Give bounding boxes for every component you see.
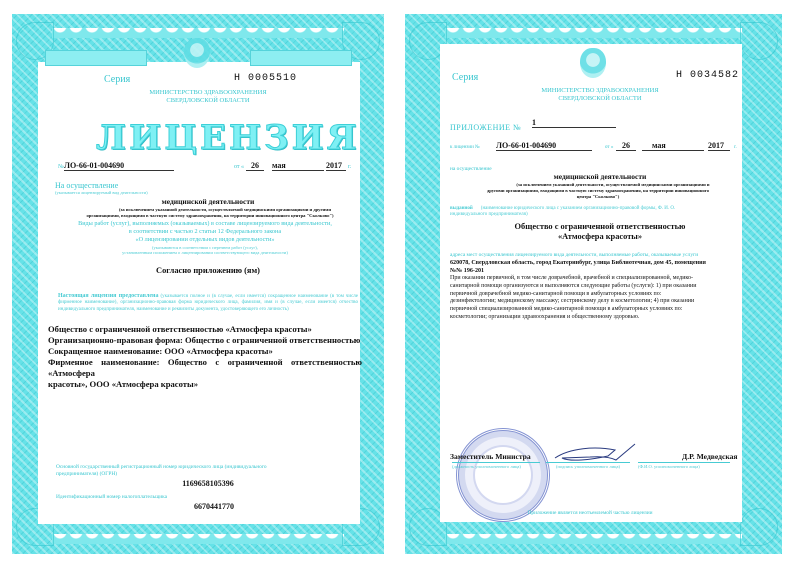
series-label: Серия — [452, 72, 478, 83]
border-wave-bottom — [52, 534, 344, 544]
border-wave-bottom — [445, 534, 742, 544]
address-label: адреса мест осуществления лицензируемого… — [450, 252, 746, 258]
border-wave-top — [445, 28, 742, 38]
ogrn-label: Основной государственный регистрационный… — [56, 464, 356, 478]
for-label: На осуществление — [55, 181, 118, 190]
appendix-page: Серия Н 0034582 МИНИСТЕРСТВО ЗДРАВООХРАН… — [400, 0, 790, 564]
header-ribbon-right — [250, 50, 352, 66]
licence-date-day: 26 — [616, 141, 636, 151]
org-short-name: Сокращенное наименование: ООО «Атмосфера… — [48, 346, 362, 357]
border-wave-top — [52, 28, 344, 38]
licence-page: Серия Н 0005510 МИНИСТЕРСТВО ЗДРАВООХРАН… — [0, 0, 395, 564]
org-name: Общество с ограниченной ответственностью… — [470, 222, 730, 242]
appendix-number: 1 — [532, 118, 616, 128]
series-label: Серия — [104, 74, 130, 85]
issued-to-label: выданной(наименование юридического лица … — [450, 206, 746, 218]
coat-of-arms-icon — [184, 38, 210, 68]
document-title: ЛИЦЕНЗИЯ — [96, 118, 320, 158]
licence-date-year: 2017 — [326, 161, 346, 171]
licence-date-day: 26 — [246, 161, 264, 171]
signer-name: Д.Р. Медведская — [682, 452, 738, 461]
licence-date-month: мая — [642, 141, 704, 151]
inn-value: 6670441770 — [154, 502, 274, 511]
corner-ornament-icon — [740, 508, 778, 546]
granted-to-label: Настоящая лицензия предоставлена (указыв… — [58, 293, 358, 313]
signer-position: Заместитель Министра — [450, 452, 531, 461]
activity-name: медицинской деятельности — [98, 197, 318, 206]
series-number: Н 0034582 — [676, 70, 739, 81]
licence-date-year: 2017 — [708, 141, 730, 151]
for-label: на осуществление — [450, 166, 492, 172]
ministry-name: МИНИСТЕРСТВО ЗДРАВООХРАНЕНИЯ СВЕРДЛОВСКО… — [98, 89, 318, 105]
ministry-name: МИНИСТЕРСТВО ЗДРАВООХРАНЕНИЯ СВЕРДЛОВСКО… — [490, 87, 710, 103]
licence-number: ЛО-66-01-004690 — [64, 161, 174, 171]
official-seal-icon — [456, 428, 550, 522]
org-full-name: Общество с ограниченной ответственностью… — [48, 324, 362, 335]
org-brand-name: Фирменное наименование: Общество с огран… — [48, 357, 362, 390]
appendix-label: ПРИЛОЖЕНИЕ № — [450, 123, 521, 132]
services-list: При оказании первичной, в том числе довр… — [450, 275, 750, 322]
corner-ornament-icon — [740, 22, 778, 60]
coat-of-arms-icon — [580, 48, 606, 78]
signature-icon — [550, 442, 640, 464]
licence-number: ЛО-66-01-004690 — [496, 141, 592, 151]
inn-label: Идентификационный номер налогоплательщик… — [56, 494, 167, 500]
org-legal-form: Организационно-правовая форма: Общество … — [48, 335, 362, 346]
activity-name: медицинской деятельности — [490, 172, 710, 181]
address: 620078, Свердловская область, город Екат… — [450, 260, 750, 275]
ogrn-value: 1169658105396 — [148, 479, 268, 488]
organization-details: Общество с ограниченной ответственностью… — [48, 324, 362, 390]
series-number: Н 0005510 — [234, 73, 297, 84]
works-description: Виды работ (услуг), выполняемых (оказыва… — [50, 220, 360, 244]
header-ribbon-left — [45, 50, 147, 66]
footer-note: Приложение является неотъемлемой частью … — [500, 510, 680, 516]
licence-date-month: мая — [272, 161, 324, 171]
according-to-appendix: Согласно приложению (ям) — [98, 266, 318, 275]
